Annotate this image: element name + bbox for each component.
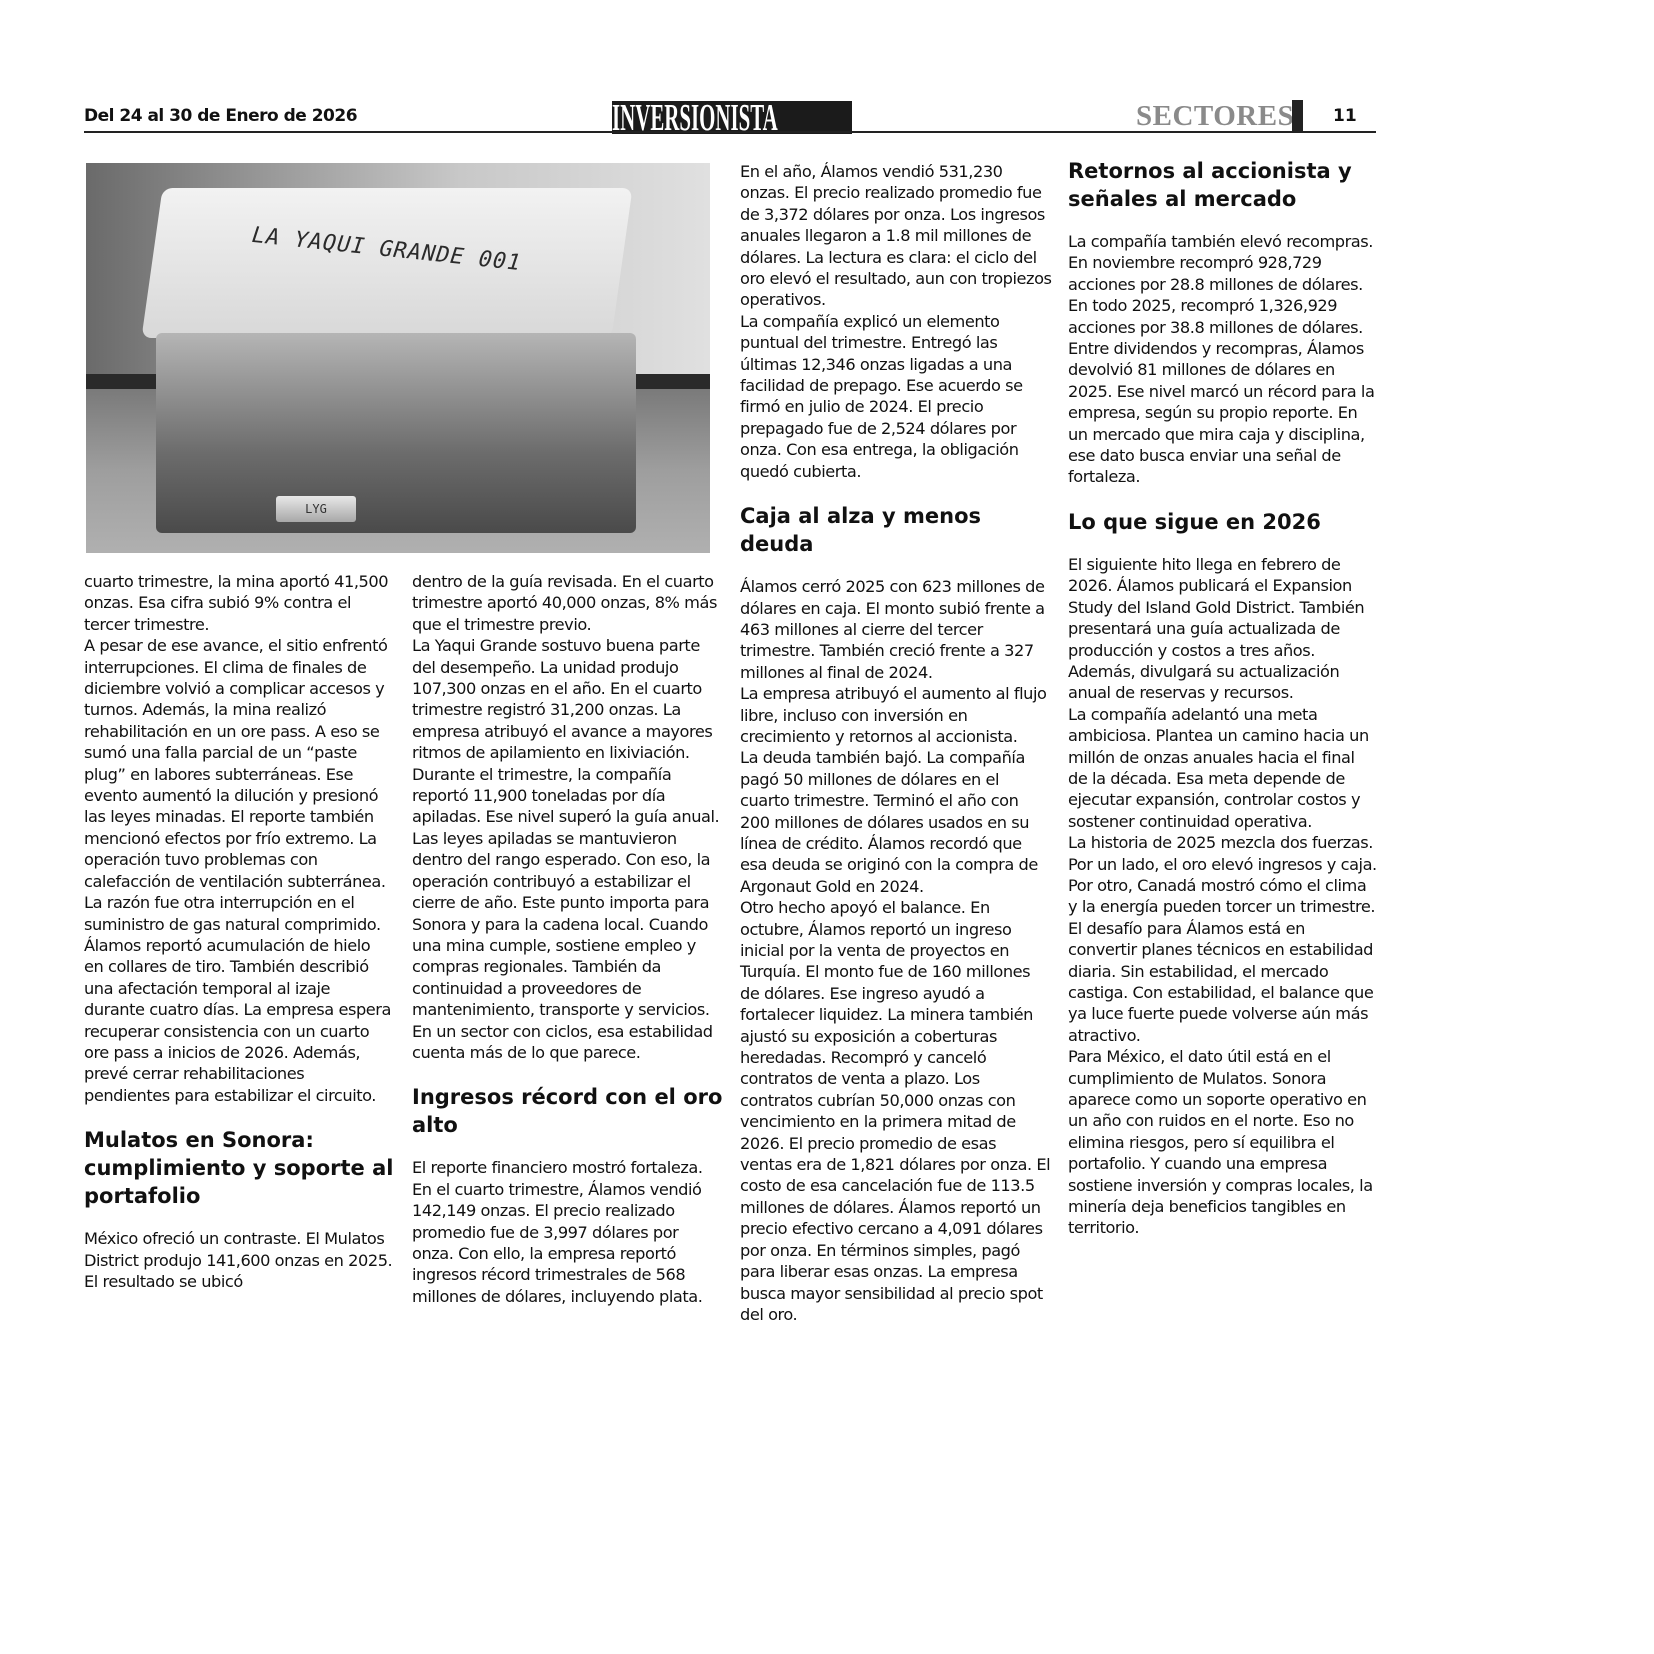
paragraph: Álamos reportó acumulación de hielo en c… <box>84 935 394 1106</box>
article-column-3: En el año, Álamos vendió 531,230 onzas. … <box>740 161 1052 1325</box>
section-heading: Lo que sigue en 2026 <box>1068 508 1378 536</box>
page-number: 11 <box>1333 106 1357 126</box>
issue-date: Del 24 al 30 de Enero de 2026 <box>84 106 357 126</box>
paragraph: Para México, el dato útil está en el cum… <box>1068 1046 1378 1239</box>
silver-bar-photo: LA YAQUI GRANDE 001 LYG <box>86 163 710 553</box>
paragraph: A pesar de ese avance, el sitio enfrentó… <box>84 635 394 935</box>
paragraph: dentro de la guía revisada. En el cuarto… <box>412 571 724 635</box>
paragraph: México ofreció un contraste. El Mulatos … <box>84 1228 394 1292</box>
paragraph: La deuda también bajó. La compañía pagó … <box>740 747 1052 897</box>
header-rule-divider <box>84 131 1376 133</box>
paragraph: El reporte financiero mostró fortaleza. … <box>412 1157 724 1307</box>
article-column-4: Retornos al accionista y señales al merc… <box>1068 157 1378 1239</box>
small-bar-sample: LYG <box>276 496 356 522</box>
masthead-logo: INVERSIONISTA <box>612 101 852 134</box>
bar-top-surface <box>141 188 632 338</box>
paragraph: Álamos cerró 2025 con 623 millones de dó… <box>740 576 1052 683</box>
section-heading: Mulatos en Sonora: cumplimiento y soport… <box>84 1126 394 1210</box>
paragraph: Otro hecho apoyó el balance. En octubre,… <box>740 897 1052 1325</box>
paragraph: La compañía adelantó una meta ambiciosa.… <box>1068 704 1378 832</box>
section-heading: Retornos al accionista y señales al merc… <box>1068 157 1378 213</box>
bar-front-surface <box>156 333 636 533</box>
paragraph: La historia de 2025 mezcla dos fuerzas. … <box>1068 832 1378 1046</box>
paragraph: La compañía explicó un elemento puntual … <box>740 311 1052 482</box>
paragraph: Entre dividendos y recompras, Álamos dev… <box>1068 338 1378 488</box>
section-heading: Caja al alza y menos deuda <box>740 502 1052 558</box>
section-label: SECTORES <box>1136 100 1294 133</box>
article-column-2: dentro de la guía revisada. En el cuarto… <box>412 571 724 1307</box>
paragraph: La compañía también elevó recompras. En … <box>1068 231 1378 338</box>
article-column-1: cuarto trimestre, la mina aportó 41,500 … <box>84 571 394 1292</box>
paragraph: cuarto trimestre, la mina aportó 41,500 … <box>84 571 394 635</box>
paragraph: El siguiente hito llega en febrero de 20… <box>1068 554 1378 704</box>
paragraph: La empresa atribuyó el aumento al flujo … <box>740 683 1052 747</box>
paragraph: En el año, Álamos vendió 531,230 onzas. … <box>740 161 1052 311</box>
section-bar-divider <box>1292 100 1303 132</box>
section-heading: Ingresos récord con el oro alto <box>412 1083 724 1139</box>
masthead-title: INVERSIONISTA <box>612 101 778 134</box>
paragraph: La Yaqui Grande sostuvo buena parte del … <box>412 635 724 1063</box>
